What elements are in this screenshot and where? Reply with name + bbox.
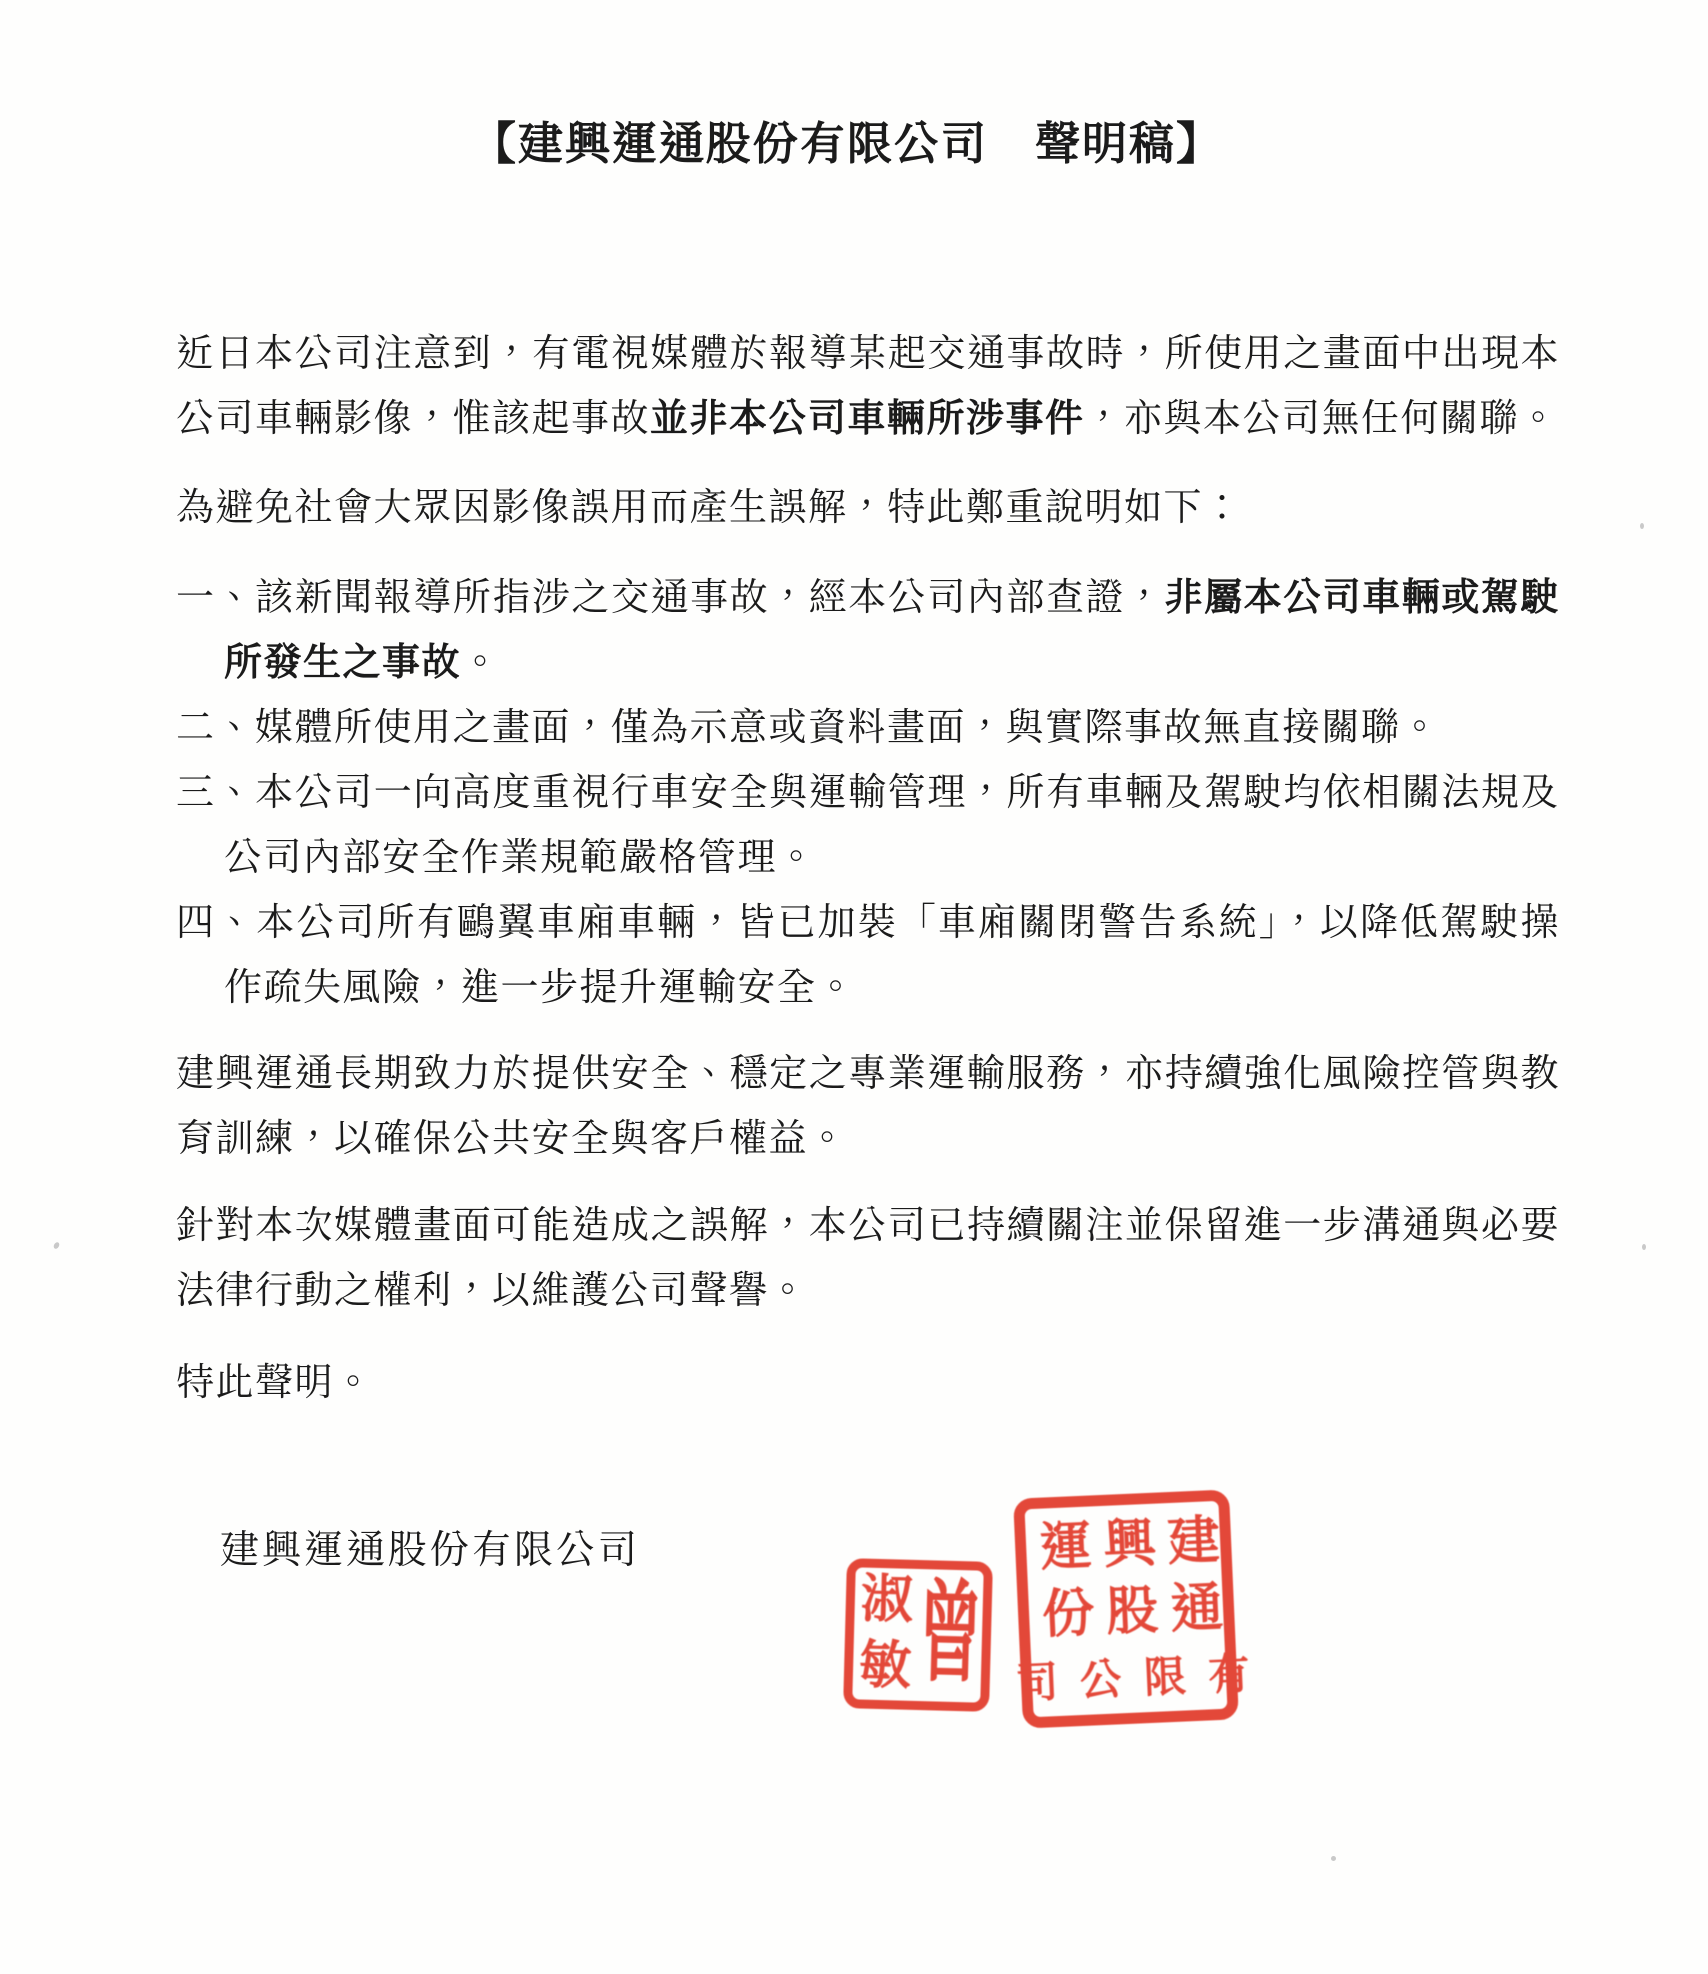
- list-item-1: 一、該新聞報導所指涉之交通事故，經本公司內部查證，非屬本公司車輛或駕駛所發生之事…: [176, 566, 1560, 696]
- item-3-enumerator: 三、: [176, 772, 255, 814]
- paragraph-closing-2: 針對本次媒體畫面可能造成之誤解，本公司已持續關注並保留進一步溝通與必要法律行動之…: [176, 1194, 1560, 1324]
- scan-artifact: [1642, 1244, 1646, 1250]
- company-seal-column-left: 有限公司: [1000, 1638, 1259, 1714]
- name-seal-char-right: 曾: [917, 1580, 983, 1692]
- name-seal-char-left-bottom: 敏: [858, 1640, 911, 1693]
- item-2-text: 媒體所使用之畫面，僅為示意或資料畫面，與實際事故無直接關聯。: [255, 707, 1440, 749]
- name-seal-char-left-top: 淑: [860, 1575, 913, 1628]
- paragraph-closing-1: 建興運通長期致力於提供安全、穩定之專業運輸服務，亦持續強化風險控管與教育訓練，以…: [176, 1042, 1560, 1172]
- item-1-enumerator: 一、: [176, 577, 255, 619]
- paragraph-preface: 為避免社會大眾因影像誤用而產生誤解，特此鄭重說明如下：: [176, 476, 1560, 541]
- company-seal-column-right: 建興運: [1026, 1505, 1221, 1581]
- paragraph-intro: 近日本公司注意到，有電視媒體於報導某起交通事故時，所使用之畫面中出現本公司車輛影…: [176, 322, 1560, 452]
- page-title: 【建興運通股份有限公司 聲明稿】: [176, 118, 1560, 170]
- statement-item-list: 一、該新聞報導所指涉之交通事故，經本公司內部查證，非屬本公司車輛或駕駛所發生之事…: [176, 566, 1560, 1021]
- paragraph-declaration: 特此聲明。: [176, 1351, 1560, 1416]
- scan-artifact: [1331, 1856, 1336, 1861]
- scan-artifact: [53, 1241, 61, 1250]
- item-2-enumerator: 二、: [176, 707, 255, 749]
- list-item-2: 二、媒體所使用之畫面，僅為示意或資料畫面，與實際事故無直接關聯。: [176, 696, 1560, 761]
- item-3-text: 本公司一向高度重視行車安全與運輸管理，所有車輛及駕駛均依相關法規及公司內部安全作…: [224, 772, 1560, 879]
- scan-artifact: [1640, 523, 1644, 529]
- company-seal-stamp: 建興運 通股份 有限公司: [1013, 1489, 1239, 1728]
- intro-text-bold: 並非本公司車輛所涉事件: [650, 398, 1085, 440]
- item-1-text-pre: 該新聞報導所指涉之交通事故，經本公司內部查證，: [255, 577, 1165, 619]
- item-4-text: 本公司所有鷗翼車廂車輛，皆已加裝「車廂關閉警告系統」，以降低駕駛操作疏失風險，進…: [224, 902, 1560, 1009]
- company-seal-column-middle: 通股份: [1029, 1572, 1224, 1648]
- document-content: 【建興運通股份有限公司 聲明稿】 近日本公司注意到，有電視媒體於報導某起交通事故…: [176, 0, 1560, 1581]
- item-1-text-post: 。: [461, 642, 501, 684]
- intro-text-post: ，亦與本公司無任何關聯。: [1085, 398, 1559, 440]
- personal-name-seal-stamp: 曾 淑 敏: [843, 1558, 993, 1712]
- list-item-3: 三、本公司一向高度重視行車安全與運輸管理，所有車輛及駕駛均依相關法規及公司內部安…: [176, 761, 1560, 891]
- item-4-enumerator: 四、: [176, 902, 256, 944]
- list-item-4: 四、本公司所有鷗翼車廂車輛，皆已加裝「車廂關閉警告系統」，以降低駕駛操作疏失風險…: [176, 891, 1560, 1021]
- statement-document-page: 【建興運通股份有限公司 聲明稿】 近日本公司注意到，有電視媒體於報導某起交通事故…: [0, 0, 1708, 1974]
